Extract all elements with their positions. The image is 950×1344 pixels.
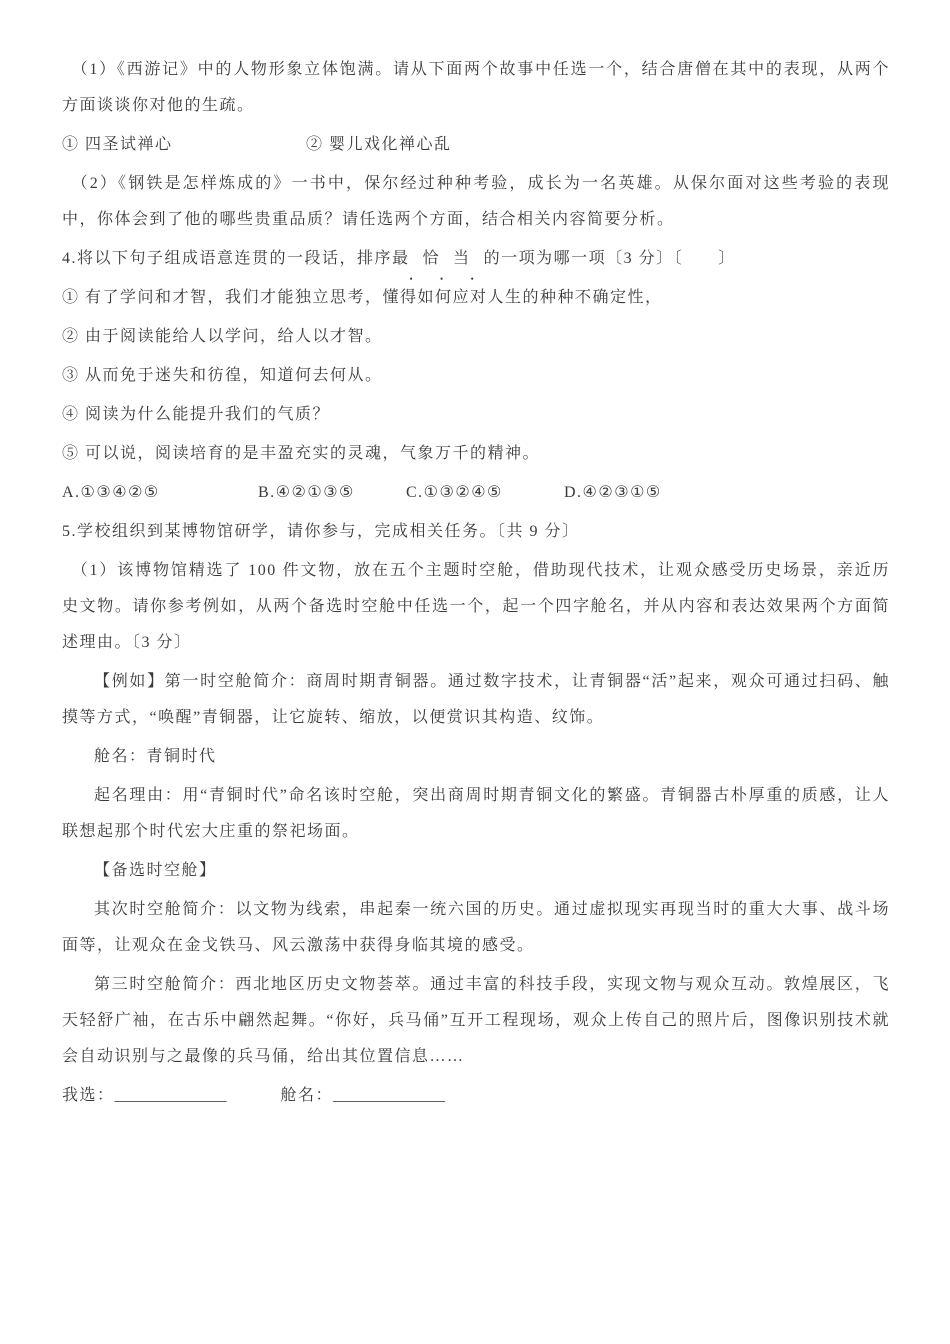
sentence-5: ⑤ 可以说，阅读培育的是丰盈充实的灵魂，气象万千的精神。 <box>62 436 890 472</box>
question-1-2-text: （2）《钢铁是怎样炼成的》一书中，保尔经过种种考验，成长为一名英雄。从保尔面对这… <box>62 166 890 238</box>
question-5-part1: （1）该博物馆精选了 100 件文物，放在五个主题时空舱，借助现代技术，让观众感… <box>62 553 890 661</box>
candidate-cabins-header: 【备选时空舱】 <box>62 853 890 889</box>
choice-b: B.④②①③⑤ <box>258 475 406 511</box>
candidate-cabin-2: 其次时空舱简介：以文物为线索，串起秦一统六国的历史。通过虚拟现实再现当时的重大大… <box>62 892 890 964</box>
cabin-name-label: 舱名： <box>281 1087 334 1104</box>
question-4-tail: 的一项为哪一项〔3 分〕〔 〕 <box>484 250 736 267</box>
example-cabin-name: 舱名：青铜时代 <box>62 739 890 775</box>
my-choice-blank: ______________ <box>115 1087 227 1104</box>
sentence-3: ③ 从而免于迷失和彷徨，知道何去何从。 <box>62 358 890 394</box>
document-page: （1）《西游记》中的人物形象立体饱满。请从下面两个故事中任选一个，结合唐僧在其中… <box>0 0 950 1344</box>
emphasis-char-1: 最 <box>392 241 410 277</box>
sentence-2: ② 由于阅读能给人以学问，给人以才智。 <box>62 319 890 355</box>
cabin-name-blank: ______________ <box>333 1087 445 1104</box>
question-1-1-text: （1）《西游记》中的人物形象立体饱满。请从下面两个故事中任选一个，结合唐僧在其中… <box>62 52 890 124</box>
my-choice-label: 我选： <box>62 1087 115 1104</box>
question-5-intro: 5.学校组织到某博物馆研学，请你参与，完成相关任务。〔共 9 分〕 <box>62 514 890 550</box>
story-option-2: ② 婴儿戏化禅心乱 <box>306 136 452 153</box>
question-4-lead: 4.将以下句子组成语意连贯的一段话，排序 <box>62 250 392 267</box>
question-4-stem: 4.将以下句子组成语意连贯的一段话，排序最恰当的一项为哪一项〔3 分〕〔 〕 <box>62 241 890 277</box>
choice-c: C.①③②④⑤ <box>406 475 564 511</box>
question-1-1-options: ① 四圣试禅心② 婴儿戏化禅心乱 <box>62 127 890 163</box>
example-cabin-reason: 起名理由：用“青铜时代”命名该时空舱，突出商周时期青铜文化的繁盛。青铜器古朴厚重… <box>62 778 890 850</box>
story-option-1: ① 四圣试禅心 <box>62 127 306 163</box>
sentence-1: ① 有了学问和才智，我们才能独立思考，懂得如何应对人生的种种不确定性， <box>62 280 890 316</box>
example-cabin-intro: 【例如】第一时空舱简介：商周时期青铜器。通过数字技术，让青铜器“活”起来，观众可… <box>62 664 890 736</box>
choice-d: D.④②③①⑤ <box>564 475 662 511</box>
emphasis-char-3: 当 <box>453 241 471 277</box>
choice-a: A.①③④②⑤ <box>62 475 258 511</box>
candidate-cabin-3: 第三时空舱简介：西北地区历史文物荟萃。通过丰富的科技手段，实现文物与观众互动。敦… <box>62 967 890 1075</box>
sentence-4: ④ 阅读为什么能提升我们的气质？ <box>62 397 890 433</box>
emphasis-char-2: 恰 <box>423 241 441 277</box>
answer-line: 我选：______________舱名：______________ <box>62 1078 890 1114</box>
question-4-choices: A.①③④②⑤B.④②①③⑤C.①③②④⑤D.④②③①⑤ <box>62 475 890 511</box>
